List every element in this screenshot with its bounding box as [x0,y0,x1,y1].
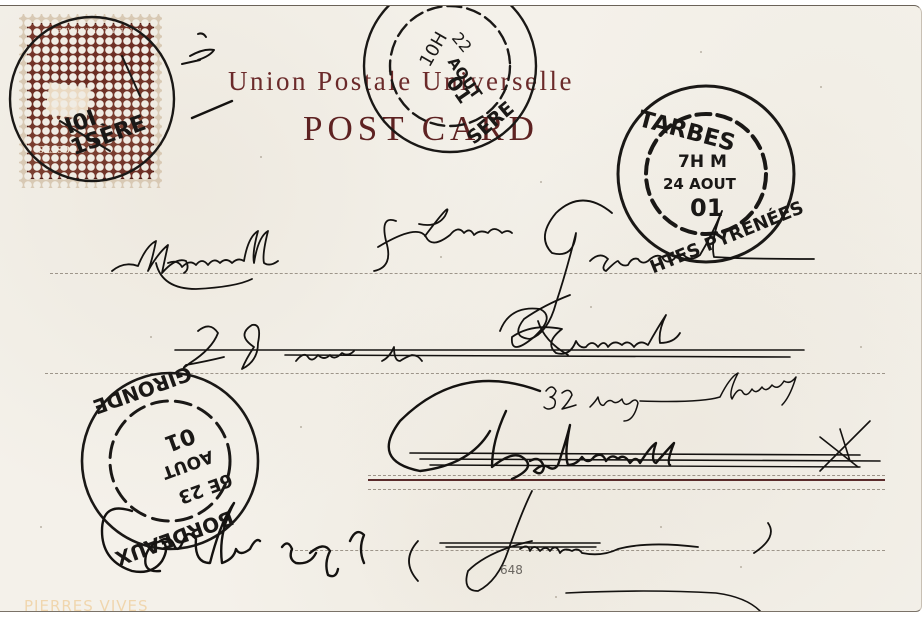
script-32-rue-masset [544,373,796,421]
handwriting-layer: 1SÈRE I0I 10H 22 AOUT 01 SERE TARBES 7H … [0,6,922,612]
watermark: PIERRES VIVES [24,597,149,612]
svg-text:7H M: 7H M [678,152,727,172]
postmark-vienne [10,17,174,181]
svg-text:24 AOUT: 24 AOUT [663,175,737,193]
script-28-rue-des-remparts [184,308,680,369]
script-gironde [409,491,771,591]
pencil-note: 648 [500,563,523,577]
svg-text:HTES PYRÉNÉES: HTES PYRÉNÉES [647,196,807,278]
svg-text:GIRONDE: GIRONDE [90,361,195,419]
svg-text:01: 01 [161,422,198,456]
svg-text:22: 22 [448,28,476,56]
postcard: Union Postale Universelle POST CARD REPU… [0,5,922,612]
script-bordeaux [389,381,674,479]
script-mademoiselle-louise [112,209,512,289]
